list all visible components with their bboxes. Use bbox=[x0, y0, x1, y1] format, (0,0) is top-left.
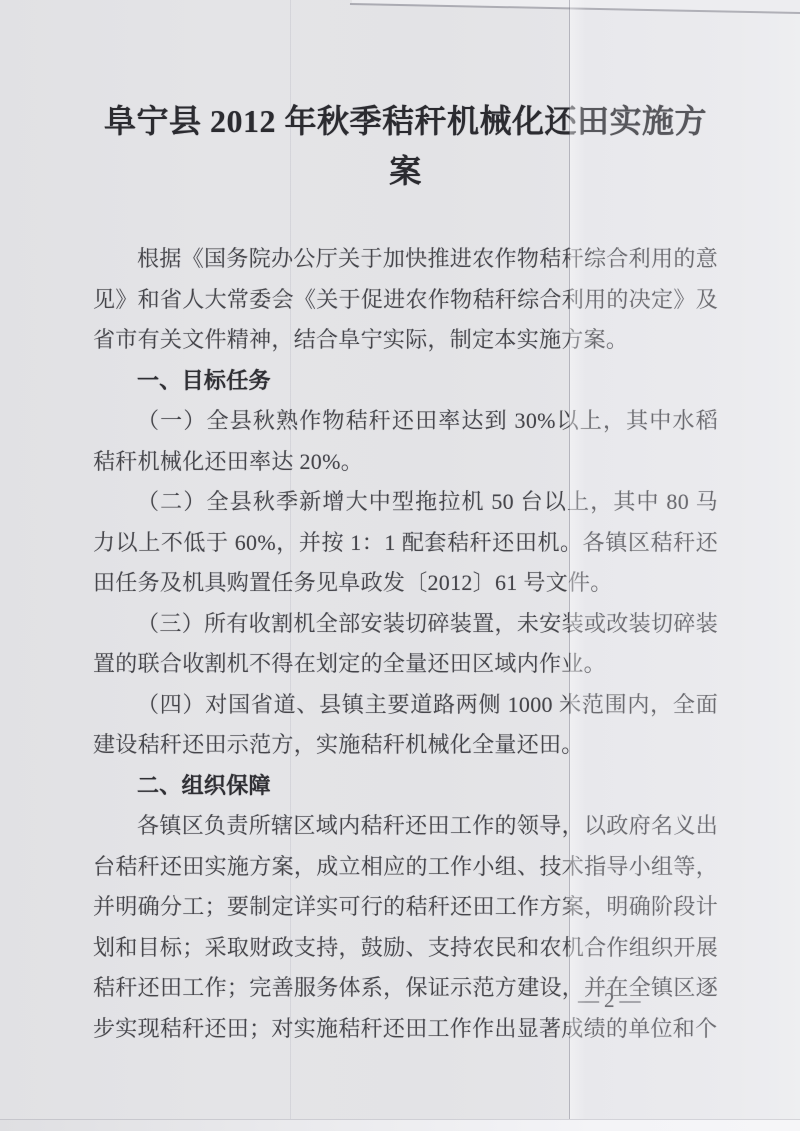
scan-fold-highlight bbox=[570, 0, 586, 1120]
scanned-document-page: 阜宁县 2012 年秋季秸秆机械化还田实施方案 根据《国务院办公厅关于加快推进农… bbox=[0, 0, 800, 1131]
scan-fold-line bbox=[569, 0, 570, 1120]
scan-right-sheet-tint bbox=[570, 0, 800, 1120]
scan-bottom-strip bbox=[0, 1119, 800, 1131]
scan-faint-stripe bbox=[290, 0, 291, 1120]
